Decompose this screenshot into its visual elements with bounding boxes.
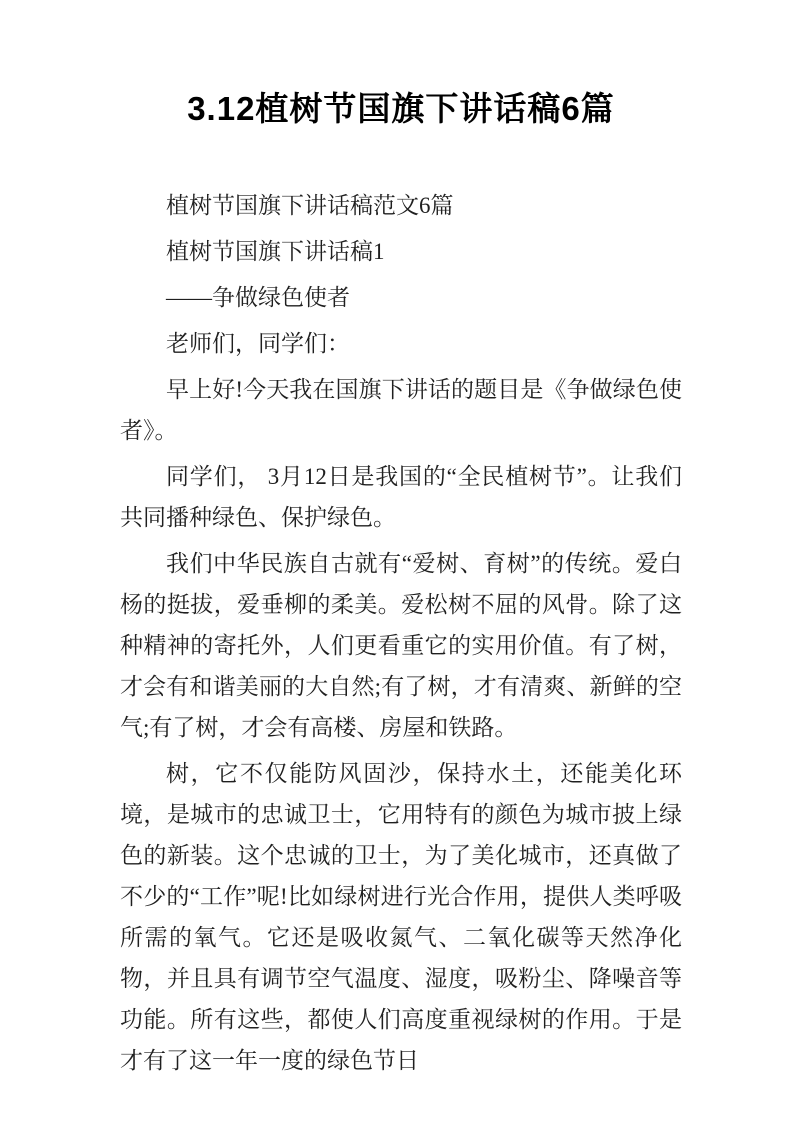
speech-theme-line: ——争做绿色使者 [120,277,682,318]
document-page: 3.12植树节国旗下讲话稿6篇 植树节国旗下讲话稿范文6篇 植树节国旗下讲话稿1… [0,0,793,1122]
document-body: 植树节国旗下讲话稿范文6篇 植树节国旗下讲话稿1 ——争做绿色使者 老师们，同学… [120,185,682,1081]
body-paragraph: 早上好!今天我在国旗下讲话的题目是《争做绿色使者》。 [120,369,682,451]
document-title: 3.12植树节国旗下讲话稿6篇 [120,90,682,128]
section-heading-line: 植树节国旗下讲话稿1 [120,231,682,272]
body-paragraph: 树，它不仅能防风固沙，保持水土，还能美化环境，是城市的忠诚卫士，它用特有的颜色为… [120,753,682,1081]
subtitle-line: 植树节国旗下讲话稿范文6篇 [120,185,682,226]
body-paragraph: 同学们， 3月12日是我国的“全民植树节”。让我们共同播种绿色、保护绿色。 [120,456,682,538]
salutation-line: 老师们，同学们： [120,323,682,364]
body-paragraph: 我们中华民族自古就有“爱树、育树”的传统。爱白杨的挺拔，爱垂柳的柔美。爱松树不屈… [120,543,682,748]
